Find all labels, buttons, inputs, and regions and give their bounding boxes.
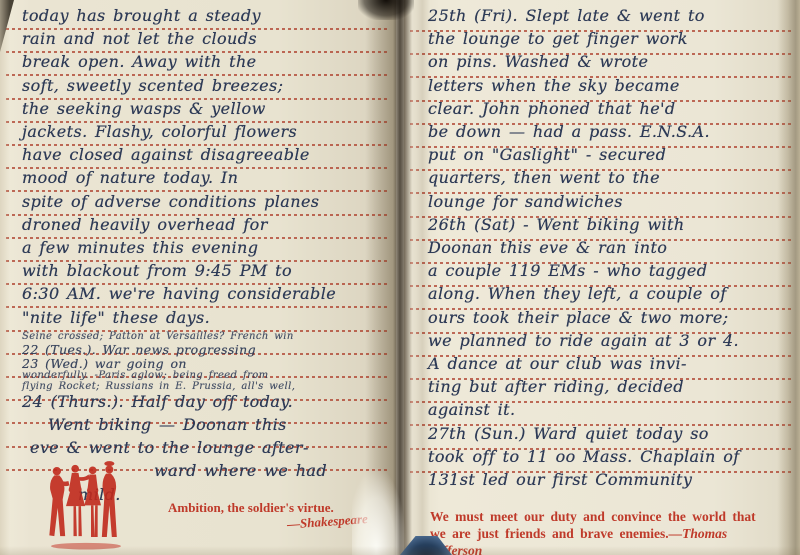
handwriting-line: Seine crossed; Patton at Versailles? Fre… (22, 331, 294, 342)
handwriting-line: Doonan this eve & ran into (428, 238, 667, 257)
handwriting-line: with blackout from 9:45 PM to (22, 261, 292, 280)
handwriting-line: "nite life" these days. (22, 308, 210, 327)
handwriting-line: soft, sweetly scented breezes; (22, 76, 283, 95)
handwriting-line: quarters, then went to the (428, 168, 660, 187)
handwriting-line: break open. Away with the (22, 52, 257, 71)
diary-scan: today has brought a steadyrain and not l… (0, 0, 800, 555)
handwriting-line: 6:30 AM. we're having considerable (22, 284, 336, 303)
handwriting-line: ward where we had (154, 461, 327, 480)
handwriting-line: against it. (428, 400, 516, 419)
handwriting-line: the lounge to get finger work (428, 29, 688, 48)
handwriting-line: a few minutes this evening (22, 238, 258, 257)
handwriting-line: mood of nature today. In (22, 168, 238, 187)
handwriting-line: took off to 11 oo Mass. Chaplain of (428, 447, 740, 466)
handwriting-line: have closed against disagreeable (22, 145, 310, 164)
handwriting-line: Went biking — Doonan this (48, 415, 287, 434)
handwriting-line: 131st led our first Community (428, 470, 692, 489)
handwriting-line: clear. John phoned that he'd (428, 99, 676, 118)
handwriting-line: today has brought a steady (22, 6, 261, 25)
handwriting-line: wonderfully. -Paris aglow; being freed f… (22, 370, 269, 381)
handwriting-line: A dance at our club was invi- (428, 354, 687, 373)
handwriting-line: put on "Gaslight" - secured (428, 145, 666, 164)
handwriting-line: lounge for sandwiches (428, 192, 623, 211)
diary-page-left: today has brought a steadyrain and not l… (0, 0, 396, 555)
handwriting-line: the seeking wasps & yellow (22, 99, 266, 118)
handwriting-line: we planned to ride again at 3 or 4. (428, 331, 739, 350)
handwriting-line: be down — had a pass. E.N.S.A. (428, 122, 710, 141)
handwriting-line: 26th (Sat) - Went biking with (428, 215, 685, 234)
handwriting-line: jackets. Flashy, colorful flowers (22, 122, 297, 141)
handwriting-line: letters when the sky became (428, 76, 680, 95)
handwriting-line: along. When they left, a couple of (428, 284, 727, 303)
right-page-quote: We must meet our duty and convince the w… (430, 508, 770, 555)
handwriting-line: flying Rocket; Russians in E. Prussia, a… (22, 381, 295, 392)
handwriting-line: 24 (Thurs.). Half day off today. (22, 392, 293, 411)
left-page-quote: Ambition, the soldier's virtue. —Shakesp… (168, 500, 368, 534)
handwriting-line: spite of adverse conditions planes (22, 192, 319, 211)
soldiers-illustration (42, 452, 130, 552)
handwriting-line: rain and not let the clouds (22, 29, 257, 48)
handwriting-line: 22 (Tues.). War news progressing (22, 342, 256, 357)
handwriting-line: 23 (Wed.) war going on (22, 356, 187, 371)
diary-page-right: 25th (Fri). Slept late & went tothe loun… (404, 0, 800, 555)
handwriting-line: 27th (Sun.) Ward quiet today so (428, 424, 709, 443)
handwriting-line: a couple 119 EMs - who tagged (428, 261, 707, 280)
handwriting-line: 25th (Fri). Slept late & went to (428, 6, 705, 25)
handwriting-line: droned heavily overhead for (22, 215, 268, 234)
handwriting-line: ours took their place & two more; (428, 308, 729, 327)
handwriting-line: ting but after riding, decided (428, 377, 684, 396)
handwriting-line: on pins. Washed & wrote (428, 52, 648, 71)
